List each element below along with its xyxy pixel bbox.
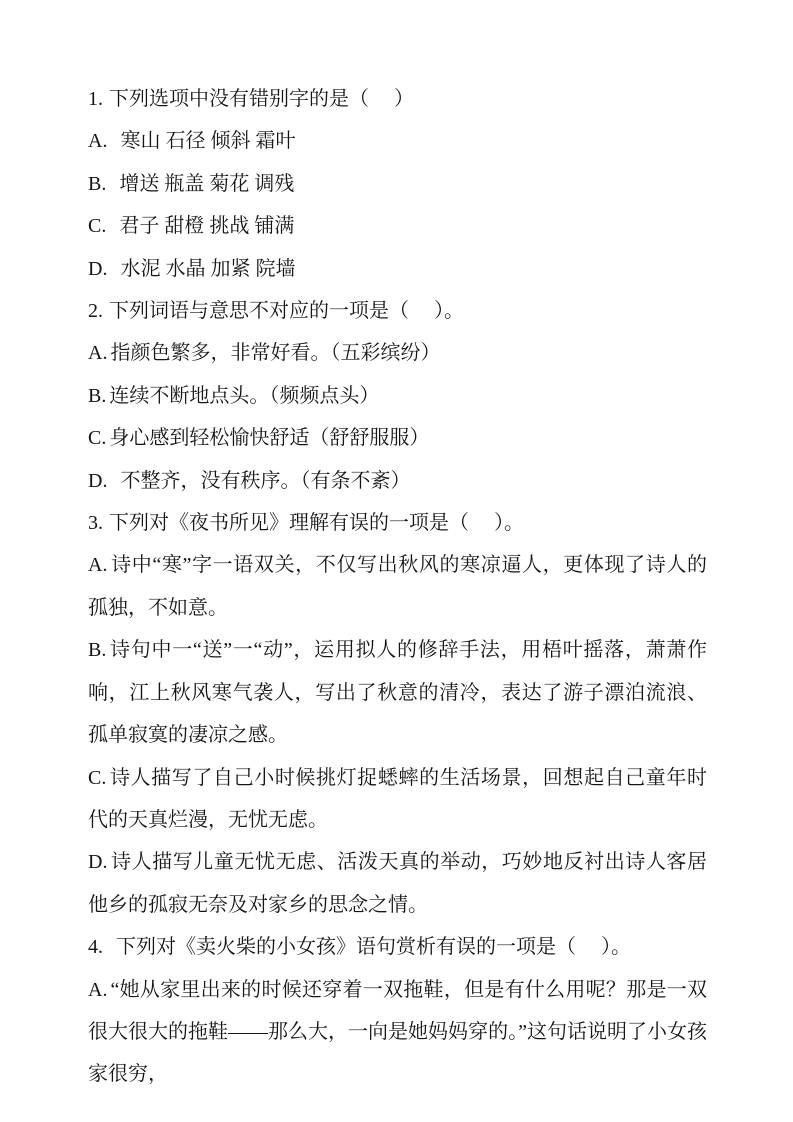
option-b-label: B. [88, 639, 106, 661]
question-4-prompt: 4.下列对《卖火柴的小女孩》语句赏析有误的一项是（ ）。 [88, 926, 707, 968]
question-1-option-b: B.增送 瓶盖 菊花 调残 [88, 163, 707, 205]
question-1-option-a: A.寒山 石径 倾斜 霜叶 [88, 120, 707, 162]
question-3-option-c: C.诗人描写了自己小时候挑灯捉蟋蟀的生活场景，回想起自己童年时代的天真烂漫，无忧… [88, 757, 707, 842]
option-a-label: A. [88, 979, 107, 1001]
question-1-prompt-text: 下列选项中没有错别字的是（ ） [109, 88, 414, 110]
option-c-text: 诗人描写了自己小时候挑灯捉蟋蟀的生活场景，回想起自己童年时代的天真烂漫，无忧无虑… [88, 767, 707, 831]
option-b-text: 诗句中一“送”一“动”，运用拟人的修辞手法，用梧叶摇落，萧萧作响，江上秋风寒气袭… [88, 639, 707, 746]
question-1-option-d: D.水泥 水晶 加紧 院墙 [88, 248, 707, 290]
option-d-label: D. [88, 258, 107, 280]
question-3-option-b: B.诗句中一“送”一“动”，运用拟人的修辞手法，用梧叶摇落，萧萧作响，江上秋风寒… [88, 629, 707, 756]
option-c-text: 身心感到轻松愉快舒适（舒舒服服） [109, 427, 429, 449]
question-2-option-d: D.不整齐，没有秩序。（有条不紊） [88, 460, 707, 502]
option-c-label: C. [88, 427, 106, 449]
question-4-prompt-text: 下列对《卖火柴的小女孩》语句赏析有误的一项是（ ）。 [116, 936, 631, 958]
question-4-option-a: A.“她从家里出来的时候还穿着一双拖鞋，但是有什么用呢？那是一双很大很大的拖鞋—… [88, 969, 707, 1096]
question-2-option-c: C.身心感到轻松愉快舒适（舒舒服服） [88, 417, 707, 459]
question-4: 4.下列对《卖火柴的小女孩》语句赏析有误的一项是（ ）。 A.“她从家里出来的时… [88, 926, 707, 1096]
option-a-label: A. [88, 130, 107, 152]
option-b-label: B. [88, 173, 106, 195]
question-3: 3.下列对《夜书所见》理解有误的一项是（ ）。 A.诗中“寒”字一语双关，不仅写… [88, 502, 707, 926]
option-d-text: 不整齐，没有秩序。（有条不紊） [120, 470, 410, 492]
option-a-label: A. [88, 342, 107, 364]
option-b-label: B. [88, 385, 106, 407]
question-1: 1.下列选项中没有错别字的是（ ） A.寒山 石径 倾斜 霜叶 B.增送 瓶盖 … [88, 78, 707, 290]
option-d-label: D. [88, 470, 107, 492]
option-b-text: 连续不断地点头。（频频点头） [109, 385, 379, 407]
question-1-option-c: C.君子 甜橙 挑战 铺满 [88, 205, 707, 247]
option-a-text: “她从家里出来的时候还穿着一双拖鞋，但是有什么用呢？那是一双很大很大的拖鞋——那… [88, 979, 707, 1086]
question-2-prompt-text: 下列词语与意思不对应的一项是（ ）。 [109, 300, 464, 322]
option-a-label: A. [88, 554, 107, 576]
option-d-text: 水泥 水晶 加紧 院墙 [120, 258, 295, 280]
question-1-number: 1. [88, 88, 103, 110]
option-a-text: 指颜色繁多，非常好看。（五彩缤纷） [110, 342, 440, 364]
question-3-prompt-text: 下列对《夜书所见》理解有误的一项是（ ）。 [109, 512, 524, 534]
question-3-option-d: D.诗人描写儿童无忧无虑、活泼天真的举动，巧妙地反衬出诗人客居他乡的孤寂无奈及对… [88, 841, 707, 926]
question-2-prompt: 2.下列词语与意思不对应的一项是（ ）。 [88, 290, 707, 332]
question-3-prompt: 3.下列对《夜书所见》理解有误的一项是（ ）。 [88, 502, 707, 544]
question-1-prompt: 1.下列选项中没有错别字的是（ ） [88, 78, 707, 120]
question-2: 2.下列词语与意思不对应的一项是（ ）。 A.指颜色繁多，非常好看。（五彩缤纷）… [88, 290, 707, 502]
question-4-number: 4. [88, 936, 103, 958]
question-2-option-b: B.连续不断地点头。（频频点头） [88, 375, 707, 417]
option-a-text: 寒山 石径 倾斜 霜叶 [120, 130, 295, 152]
option-d-label: D. [88, 851, 107, 873]
option-a-text: 诗中“寒”字一语双关，不仅写出秋风的寒凉逼人，更体现了诗人的孤独，不如意。 [88, 554, 707, 618]
option-c-text: 君子 甜橙 挑战 铺满 [119, 215, 294, 237]
option-c-label: C. [88, 767, 106, 789]
exam-document-page: 1.下列选项中没有错别字的是（ ） A.寒山 石径 倾斜 霜叶 B.增送 瓶盖 … [0, 0, 793, 1122]
question-2-option-a: A.指颜色繁多，非常好看。（五彩缤纷） [88, 332, 707, 374]
question-2-number: 2. [88, 300, 103, 322]
option-b-text: 增送 瓶盖 菊花 调残 [119, 173, 294, 195]
option-c-label: C. [88, 215, 106, 237]
question-3-option-a: A.诗中“寒”字一语双关，不仅写出秋风的寒凉逼人，更体现了诗人的孤独，不如意。 [88, 544, 707, 629]
option-d-text: 诗人描写儿童无忧无虑、活泼天真的举动，巧妙地反衬出诗人客居他乡的孤寂无奈及对家乡… [88, 851, 707, 915]
question-3-number: 3. [88, 512, 103, 534]
